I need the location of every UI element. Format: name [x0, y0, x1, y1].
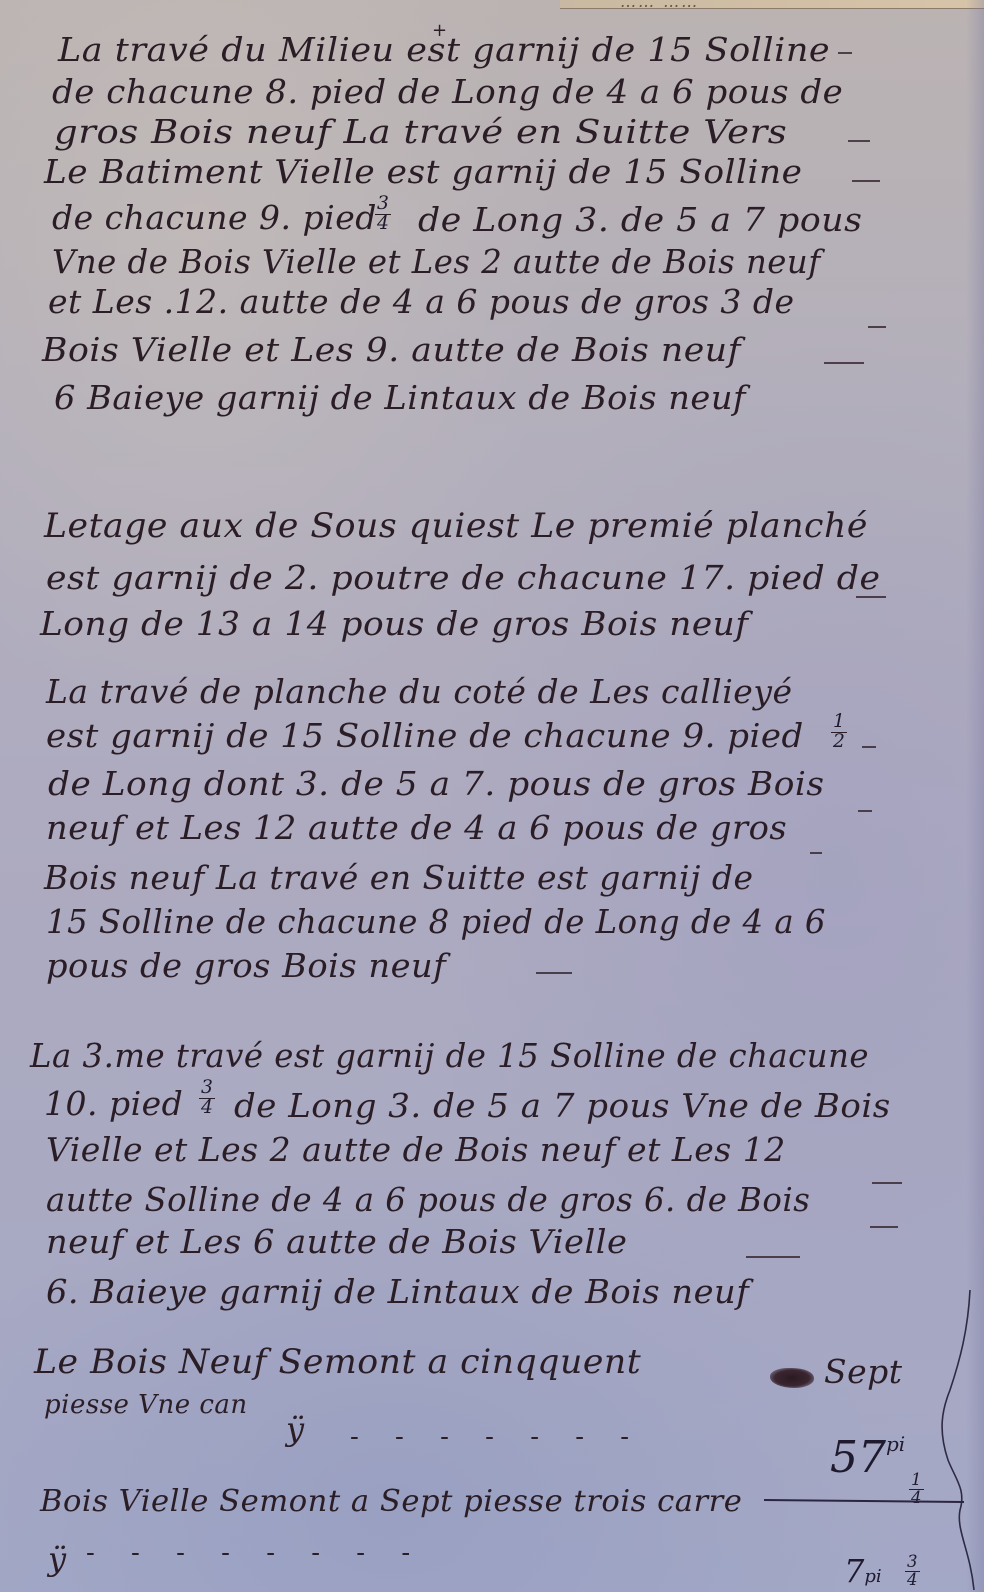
dash-leader: - - - - - - -: [350, 1422, 643, 1452]
line-end-dash: [838, 52, 852, 54]
manuscript-line: Le Bois Neuf Semont a cinqquent: [34, 1342, 641, 1382]
dash-leader: - - - - - - - -: [86, 1538, 424, 1568]
new-wood-amount: 57pi: [830, 1432, 905, 1483]
line-end-dash: [848, 140, 870, 142]
manuscript-line: piesse Vne can: [44, 1390, 248, 1420]
manuscript-line: neuf et Les 12 autte de 4 a 6 pous de gr…: [46, 808, 787, 847]
amount-unit: pi: [886, 1432, 905, 1456]
manuscript-line: Bois Vielle et Les 9. autte de Bois neuf: [42, 330, 741, 369]
manuscript-line: neuf et Les 6 autte de Bois Vielle: [46, 1222, 627, 1261]
manuscript-line: Sept: [824, 1352, 903, 1391]
manuscript-line: Long de 13 a 14 pous de gros Bois neuf: [40, 604, 749, 643]
line-end-dash: [536, 972, 572, 974]
manuscript-line: ÿ: [48, 1540, 67, 1578]
old-wood-fraction: 34: [902, 1552, 923, 1588]
manuscript-page: …… …… + La travé du Milieu est garnij de…: [0, 0, 984, 1592]
manuscript-line: La 3.me travé est garnij de 15 Solline d…: [30, 1036, 869, 1075]
paper-tear-icon: [930, 1290, 980, 1590]
fraction-three-quarters: 34: [372, 192, 394, 233]
line-end-dash: [852, 180, 880, 182]
manuscript-line: Vne de Bois Vielle et Les 2 autte de Boi…: [52, 242, 821, 281]
line-end-dash: [824, 362, 864, 364]
manuscript-line: Bois Vielle Semont a Sept piesse trois c…: [40, 1484, 742, 1519]
line-end-dash: [856, 596, 886, 598]
manuscript-line: est garnij de 2. poutre de chacune 17. p…: [46, 558, 880, 597]
manuscript-line: La travé de planche du coté de Les calli…: [46, 672, 793, 711]
manuscript-line: 6 Baieye garnij de Lintaux de Bois neuf: [54, 378, 746, 417]
line-end-dash: [810, 852, 822, 854]
amount-value: 57: [830, 1432, 886, 1483]
manuscript-line: Vielle et Les 2 autte de Bois neuf et Le…: [46, 1130, 786, 1169]
manuscript-line: Bois neuf La travé en Suitte est garnij …: [44, 858, 754, 897]
fraction-one-half: 12: [828, 710, 850, 751]
manuscript-line: 15 Solline de chacune 8 pied de Long de …: [46, 902, 826, 941]
struck-out-word: [770, 1368, 814, 1388]
amount-value: 7: [844, 1552, 864, 1590]
line-end-dash: [868, 326, 886, 328]
manuscript-line: de chacune 8. pied de Long de 4 a 6 pous…: [52, 72, 843, 111]
manuscript-line: de Long 3. de 5 a 7 pous Vne de Bois: [234, 1086, 891, 1125]
manuscript-line: pous de gros Bois neuf: [46, 946, 446, 985]
fraction-three-quarters: 34: [196, 1076, 218, 1117]
manuscript-line: Le Batiment Vielle est garnij de 15 Soll…: [44, 152, 803, 191]
manuscript-line: est garnij de 15 Solline de chacune 9. p…: [46, 716, 804, 755]
line-end-dash: [870, 1226, 898, 1228]
line-end-dash: [872, 1182, 902, 1184]
manuscript-line: de Long 3. de 5 a 7 pous: [418, 200, 862, 239]
manuscript-line: de Long dont 3. de 5 a 7. pous de gros B…: [48, 764, 825, 803]
manuscript-line: et Les .12. autte de 4 a 6 pous de gros …: [48, 282, 795, 321]
manuscript-line: gros Bois neuf La travé en Suitte Vers: [54, 112, 787, 151]
manuscript-line: 10. pied: [44, 1084, 183, 1123]
amount-unit: pi: [864, 1566, 881, 1587]
top-edge-text: …… ……: [620, 0, 699, 11]
manuscript-line: ÿ: [286, 1410, 305, 1448]
line-end-dash: [862, 746, 876, 748]
manuscript-line: 6. Baieye garnij de Lintaux de Bois neuf: [46, 1272, 749, 1311]
manuscript-line: de chacune 9. pied: [52, 198, 377, 237]
old-wood-amount: 7pi: [844, 1552, 882, 1590]
line-end-dash: [746, 1256, 800, 1258]
line-end-dash: [858, 810, 872, 812]
manuscript-line: Letage aux de Sous quiest Le premié plan…: [44, 506, 868, 546]
manuscript-line: La travé du Milieu est garnij de 15 Soll…: [58, 30, 830, 69]
manuscript-line: autte Solline de 4 a 6 pous de gros 6. d…: [46, 1180, 810, 1219]
